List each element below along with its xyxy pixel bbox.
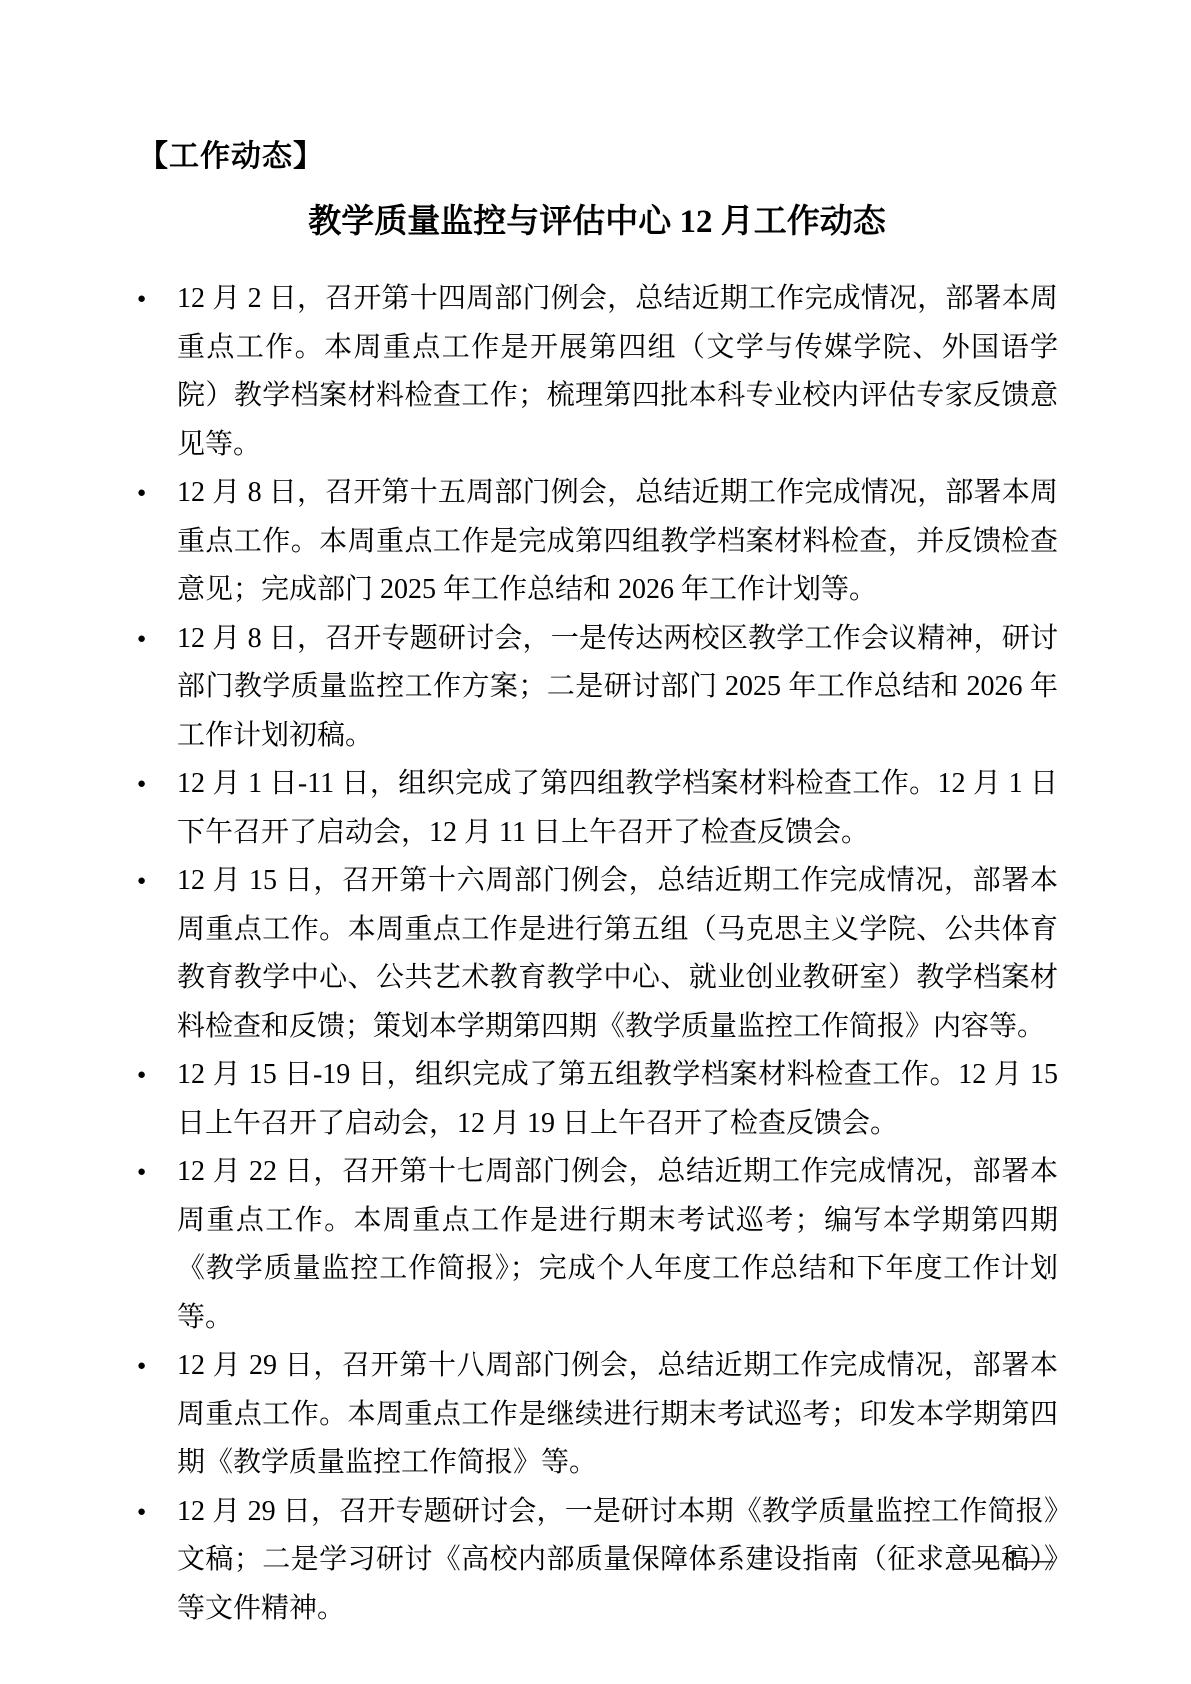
bullet-icon: ●: [137, 1342, 177, 1391]
list-item: ● 12 月 1 日-11 日，组织完成了第四组教学档案材料检查工作。12 月 …: [137, 760, 1058, 857]
bullet-list: ● 12 月 2 日，召开第十四周部门例会，总结近期工作完成情况，部署本周重点工…: [137, 275, 1058, 1633]
bullet-icon: ●: [137, 1148, 177, 1197]
bullet-text: 12 月 22 日，召开第十七周部门例会，总结近期工作完成情况，部署本周重点工作…: [177, 1148, 1058, 1342]
bullet-text: 12 月 8 日，召开第十五周部门例会，总结近期工作完成情况，部署本周重点工作。…: [177, 469, 1058, 615]
bullet-icon: ●: [137, 1488, 177, 1537]
bullet-text: 12 月 15 日-19 日，组织完成了第五组教学档案材料检查工作。12 月 1…: [177, 1051, 1058, 1148]
page-number: — 1 —: [972, 1543, 1053, 1575]
bullet-icon: ●: [137, 275, 177, 324]
list-item: ● 12 月 15 日，召开第十六周部门例会，总结近期工作完成情况，部署本周重点…: [137, 857, 1058, 1051]
bullet-text: 12 月 2 日，召开第十四周部门例会，总结近期工作完成情况，部署本周重点工作。…: [177, 275, 1058, 469]
bullet-icon: ●: [137, 469, 177, 518]
list-item: ● 12 月 2 日，召开第十四周部门例会，总结近期工作完成情况，部署本周重点工…: [137, 275, 1058, 469]
list-item: ● 12 月 29 日，召开第十八周部门例会，总结近期工作完成情况，部署本周重点…: [137, 1342, 1058, 1488]
list-item: ● 12 月 8 日，召开第十五周部门例会，总结近期工作完成情况，部署本周重点工…: [137, 469, 1058, 615]
bullet-text: 12 月 8 日，召开专题研讨会，一是传达两校区教学工作会议精神，研讨部门教学质…: [177, 615, 1058, 761]
bullet-text: 12 月 29 日，召开第十八周部门例会，总结近期工作完成情况，部署本周重点工作…: [177, 1342, 1058, 1488]
page-title: 教学质量监控与评估中心 12 月工作动态: [136, 200, 1058, 244]
bullet-icon: ●: [137, 615, 177, 664]
bullet-text: 12 月 15 日，召开第十六周部门例会，总结近期工作完成情况，部署本周重点工作…: [177, 857, 1058, 1051]
list-item: ● 12 月 29 日，召开专题研讨会，一是研讨本期《教学质量监控工作简报》文稿…: [137, 1488, 1058, 1634]
bullet-icon: ●: [137, 857, 177, 906]
list-item: ● 12 月 22 日，召开第十七周部门例会，总结近期工作完成情况，部署本周重点…: [137, 1148, 1058, 1342]
section-header: 【工作动态】: [138, 140, 324, 174]
list-item: ● 12 月 15 日-19 日，组织完成了第五组教学档案材料检查工作。12 月…: [137, 1051, 1058, 1148]
bullet-icon: ●: [137, 1051, 177, 1100]
bullet-text: 12 月 1 日-11 日，组织完成了第四组教学档案材料检查工作。12 月 1 …: [177, 760, 1058, 857]
bullet-text: 12 月 29 日，召开专题研讨会，一是研讨本期《教学质量监控工作简报》文稿；二…: [177, 1488, 1058, 1634]
list-item: ● 12 月 8 日，召开专题研讨会，一是传达两校区教学工作会议精神，研讨部门教…: [137, 615, 1058, 761]
bullet-icon: ●: [137, 760, 177, 809]
document-page: 【工作动态】 教学质量监控与评估中心 12 月工作动态 ● 12 月 2 日，召…: [0, 0, 1191, 1684]
